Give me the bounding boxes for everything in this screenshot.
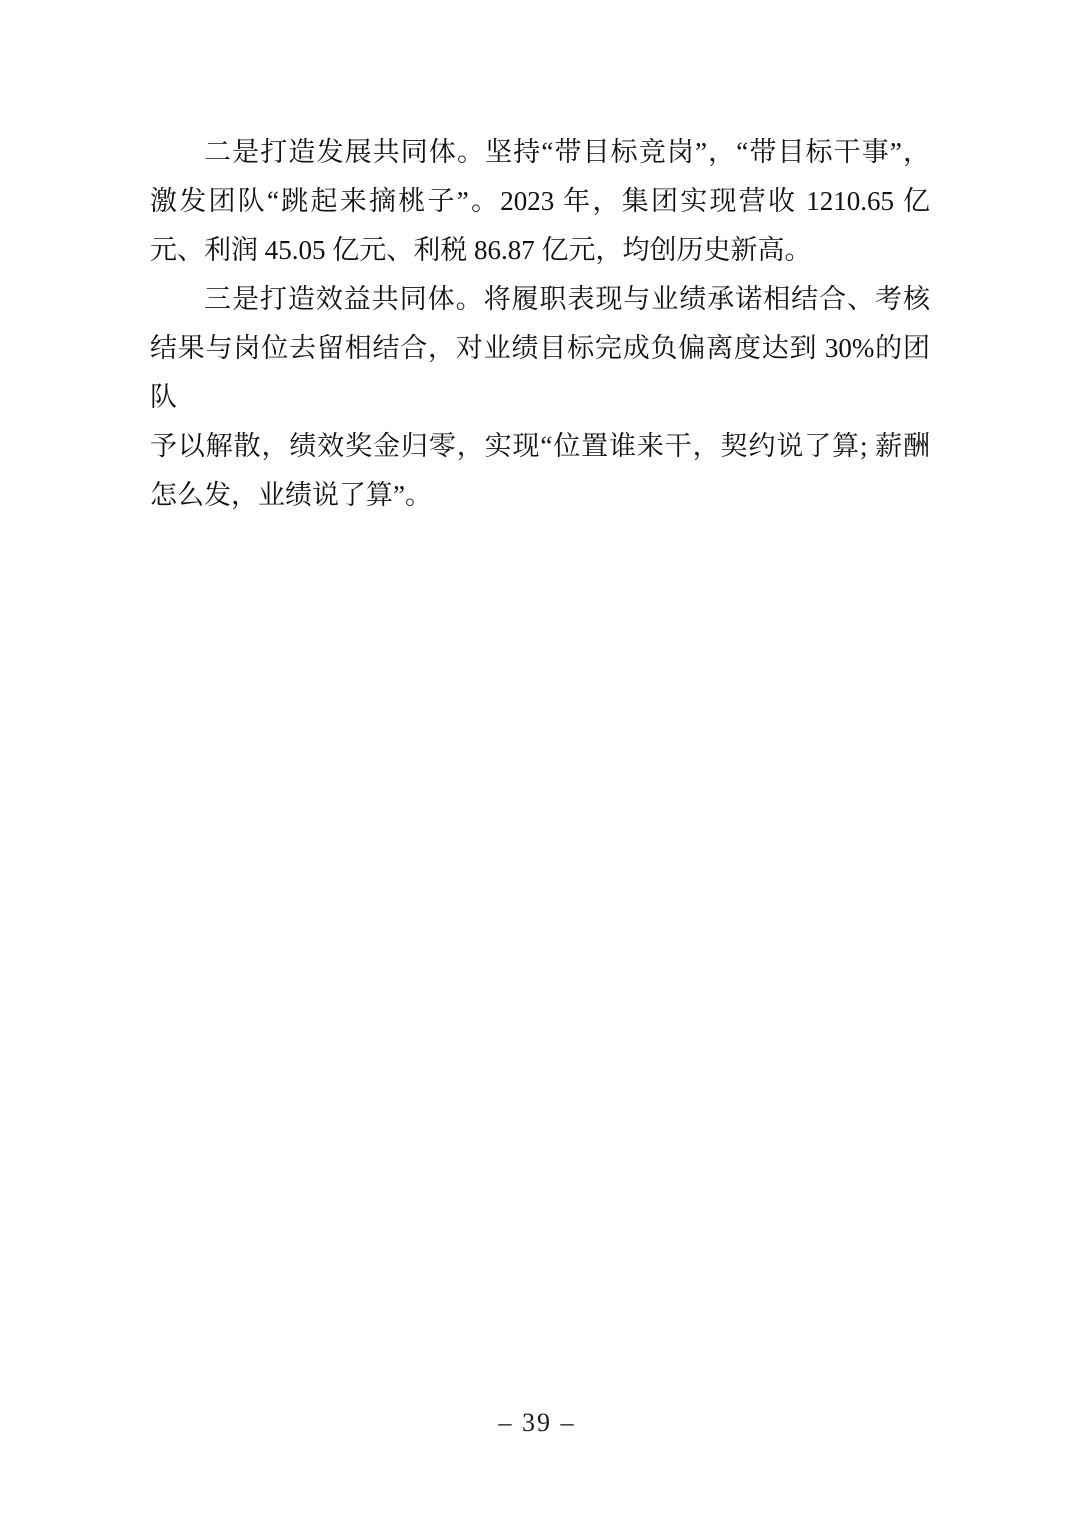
text-line: 二是打造发展共同体。坚持“带目标竞岗”，“带目标干事”， <box>150 128 930 177</box>
document-body: 二是打造发展共同体。坚持“带目标竞岗”，“带目标干事”， 激发团队“跳起来摘桃子… <box>150 128 930 520</box>
text-line: 怎么发，业绩说了算”。 <box>150 471 930 520</box>
text-line: 三是打造效益共同体。将履职表现与业绩承诺相结合、考核 <box>150 275 930 324</box>
paragraph-1: 二是打造发展共同体。坚持“带目标竞岗”，“带目标干事”， 激发团队“跳起来摘桃子… <box>150 128 930 275</box>
text-line: 激发团队“跳起来摘桃子”。2023 年，集团实现营收 1210.65 亿 <box>150 177 930 226</box>
text-line: 予以解散，绩效奖金归零，实现“位置谁来干，契约说了算; 薪酬 <box>150 422 930 471</box>
text-line: 结果与岗位去留相结合，对业绩目标完成负偏离度达到 30%的团队 <box>150 324 930 422</box>
page-number: – 39 – <box>0 1408 1074 1438</box>
paragraph-2: 三是打造效益共同体。将履职表现与业绩承诺相结合、考核 结果与岗位去留相结合，对业… <box>150 275 930 520</box>
document-page: 二是打造发展共同体。坚持“带目标竞岗”，“带目标干事”， 激发团队“跳起来摘桃子… <box>0 0 1074 1520</box>
text-line: 元、利润 45.05 亿元、利税 86.87 亿元，均创历史新高。 <box>150 226 930 275</box>
